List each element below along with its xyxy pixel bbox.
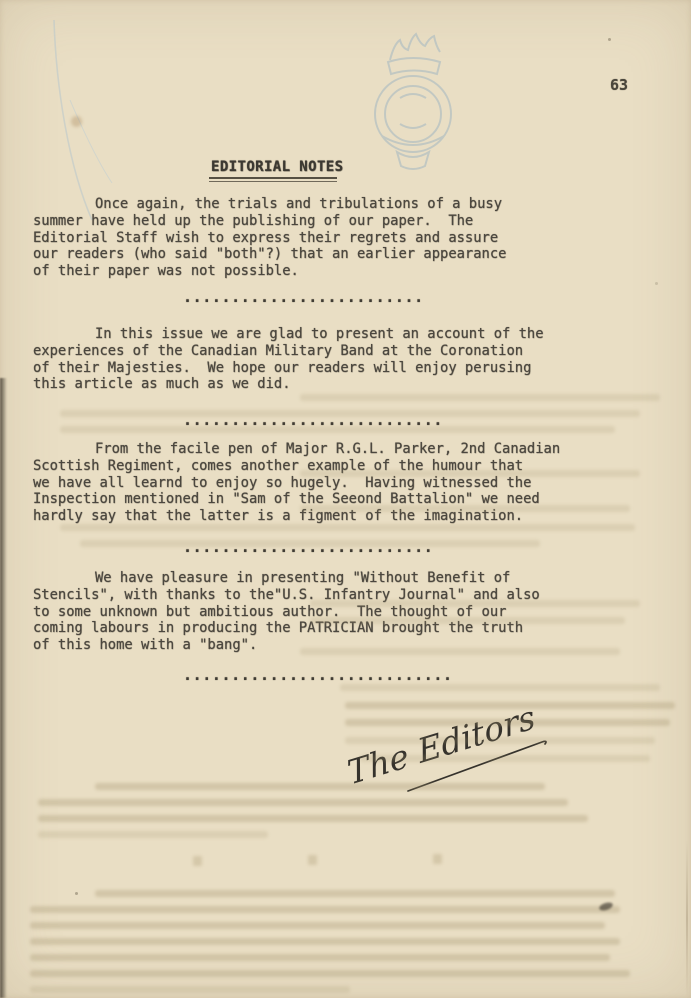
scanned-document-page: 63 EDITORIAL NOTES Once again, the trial… — [0, 0, 691, 998]
scan-edge-shadow — [0, 378, 7, 998]
paragraph-line: We have pleasure in presenting "Without … — [33, 570, 593, 587]
paragraph-line: summer have held up the publishing of ou… — [33, 213, 593, 230]
title-underline-top — [209, 177, 337, 179]
page-number: 63 — [610, 76, 628, 94]
paper-crease — [686, 840, 688, 998]
paragraph-line: of their Majesties. We hope our readers … — [33, 360, 593, 377]
paper-speck — [655, 282, 658, 285]
paper-speck — [608, 38, 611, 41]
paragraph-1: Once again, the trials and tribulations … — [33, 196, 593, 280]
paper-speck — [75, 892, 78, 895]
paragraph-line: of their paper was not possible. — [33, 263, 593, 280]
paragraph-line: this article as much as we did. — [33, 376, 593, 393]
dotted-separator-1: ......................... — [183, 288, 424, 306]
paragraph-line: Editorial Staff wish to express their re… — [33, 230, 593, 247]
paper-stain — [71, 116, 82, 127]
paragraph-line: our readers (who said "both"?) that an e… — [33, 246, 593, 263]
paragraph-line: From the facile pen of Major R.G.L. Park… — [33, 441, 593, 458]
paragraph-4: We have pleasure in presenting "Without … — [33, 570, 593, 654]
paragraph-line: Once again, the trials and tribulations … — [33, 196, 593, 213]
title-underline-bottom — [209, 181, 337, 182]
paragraph-line: experiences of the Canadian Military Ban… — [33, 343, 593, 360]
paragraph-line: In this issue we are glad to present an … — [33, 326, 593, 343]
page-title: EDITORIAL NOTES — [211, 159, 343, 175]
paragraph-2: In this issue we are glad to present an … — [33, 326, 593, 393]
page-title-block: EDITORIAL NOTES — [211, 156, 335, 182]
paragraph-3: From the facile pen of Major R.G.L. Park… — [33, 441, 593, 525]
paragraph-line: we have all learnd to enjoy so hugely. H… — [33, 475, 593, 492]
crest-watermark-icon — [352, 26, 474, 174]
